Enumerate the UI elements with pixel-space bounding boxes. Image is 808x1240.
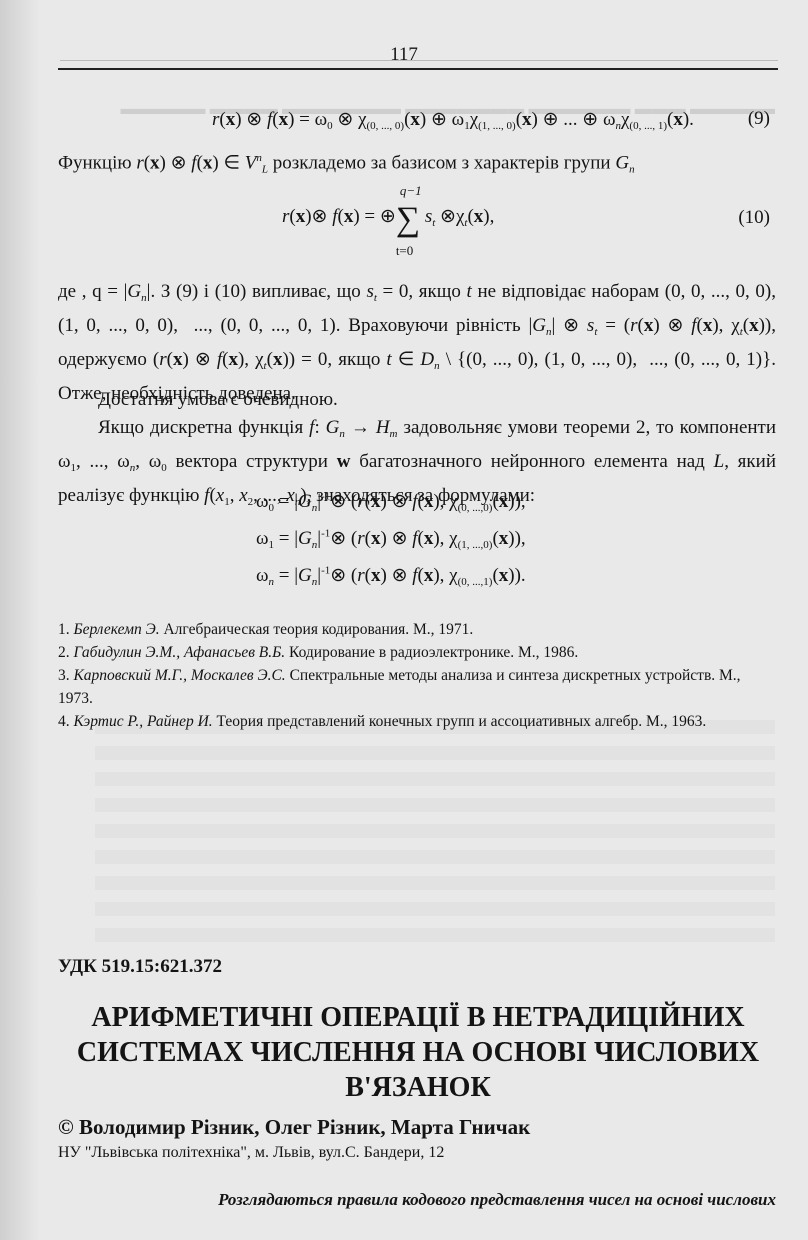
equation-9-number: (9) bbox=[748, 108, 770, 130]
header-rule bbox=[58, 68, 778, 70]
udc-code: УДК 519.15:621.372 bbox=[58, 956, 222, 978]
omega-0-formula: ω0 = |Gn|-1⊗ (r(x) ⊗ f(x), χ(0, ...,0)(x… bbox=[256, 490, 526, 514]
omega-1-formula: ω1 = |Gn|-1⊗ (r(x) ⊗ f(x), χ(1, ...,0)(x… bbox=[256, 527, 526, 551]
page-edge-shadow bbox=[0, 0, 40, 1240]
reference-item: 1. Берлекемп Э. Алгебраическая теория ко… bbox=[58, 618, 778, 641]
header-rule-thin bbox=[60, 60, 778, 61]
reference-item: 4. Кэртис Р., Райнер И. Теория представл… bbox=[58, 710, 778, 733]
equation-10-number: (10) bbox=[738, 207, 770, 229]
omega-n-formula: ωn = |Gn|-1⊗ (r(x) ⊗ f(x), χ(0, ...,1)(x… bbox=[256, 564, 526, 588]
article-authors: © Володимир Різник, Олег Різник, Марта Г… bbox=[58, 1115, 530, 1140]
article-title: АРИФМЕТИЧНІ ОПЕРАЦІЇ В НЕТРАДИЦІЙНИХ СИС… bbox=[58, 1000, 778, 1105]
page-number: 117 bbox=[0, 44, 808, 66]
intro-line: Функцію r(x) ⊗ f(x) ∈ VnL розкладемо за … bbox=[58, 145, 776, 183]
paragraph-sufficiency: Достатня умова є очевидною. bbox=[58, 386, 776, 413]
reference-item: 3. Карповский М.Г., Москалев Э.С. Спектр… bbox=[58, 664, 778, 710]
article-abstract: Розглядаються правила кодового представл… bbox=[218, 1190, 776, 1210]
reference-item: 2. Габидулин Э.М., Афанасьев В.Б. Кодиро… bbox=[58, 641, 778, 664]
references-list: 1. Берлекемп Э. Алгебраическая теория ко… bbox=[58, 618, 778, 733]
article-affiliation: НУ "Львівська політехніка", м. Львів, ву… bbox=[58, 1144, 444, 1162]
bleed-through-block bbox=[95, 720, 775, 950]
